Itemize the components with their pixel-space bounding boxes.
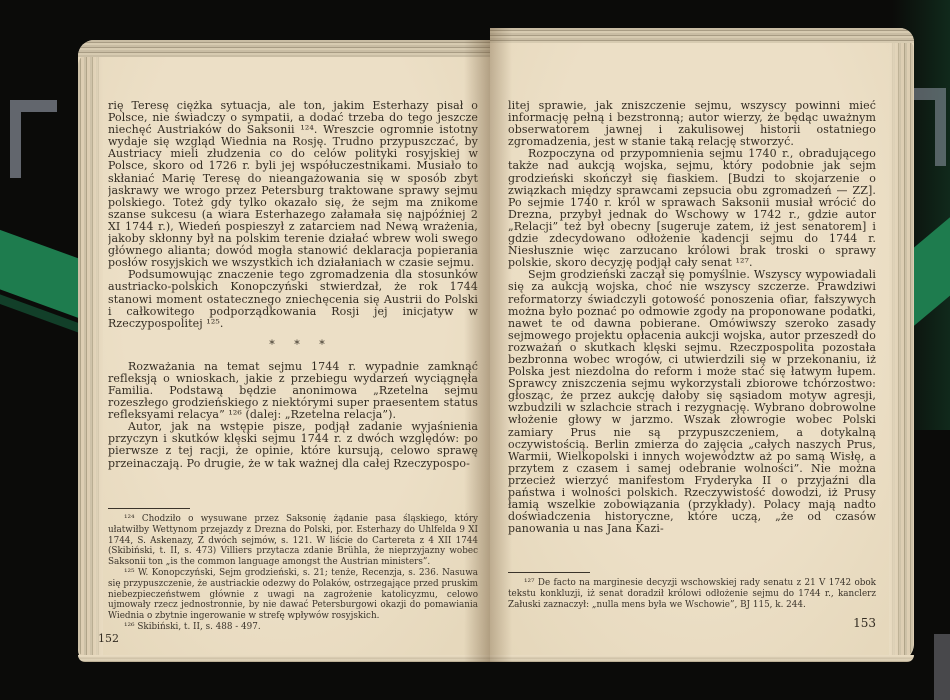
- decor-gray-block-bottom-right: [934, 634, 950, 700]
- footnote-rule: [508, 572, 590, 573]
- footnote-rule: [108, 508, 190, 509]
- left-footnotes: ¹²⁴ Chodziło o wysuwane przez Saksonię ż…: [108, 508, 478, 633]
- desktop-background: rię Teresę ciężka sytuacja, ale ton, jak…: [0, 0, 950, 700]
- paragraph: Sejm grodzieński zaczął się pomyślnie. W…: [508, 269, 876, 535]
- page-number-right: 153: [508, 616, 876, 630]
- paragraph: Podsumowując znaczenie tego zgromadzenia…: [108, 269, 478, 329]
- page-right-top-edge: [490, 28, 914, 43]
- page-right-bottom-edge: [490, 655, 914, 662]
- footnote: ¹²⁴ Chodziło o wysuwane przez Saksonię ż…: [108, 514, 478, 568]
- paragraph: rię Teresę ciężka sytuacja, ale ton, jak…: [108, 100, 478, 269]
- footnote: ¹²⁶ Skibiński, t. II, s. 488 - 497.: [108, 622, 478, 633]
- footnote: ¹²⁷ De facto na marginesie decyzji wscho…: [508, 578, 876, 610]
- page-left-bottom-edge: [78, 655, 490, 662]
- footnote: ¹²⁵ W. Konopczyński, Sejm grodzieński, s…: [108, 568, 478, 622]
- right-text-column: litej sprawie, jak zniszczenie sejmu, ws…: [508, 100, 876, 562]
- paragraph: litej sprawie, jak zniszczenie sejmu, ws…: [508, 100, 876, 148]
- decor-corner-bracket-left: [10, 100, 57, 178]
- right-footnotes: ¹²⁷ De facto na marginesie decyzji wscho…: [508, 572, 876, 610]
- page-number-left: 152: [98, 632, 119, 645]
- paragraph: Autor, jak na wstępie pisze, podjął zada…: [108, 421, 478, 469]
- page-right: litej sprawie, jak zniszczenie sejmu, ws…: [490, 28, 914, 662]
- page-right-fore-edge: [889, 38, 914, 659]
- open-book: rię Teresę ciężka sytuacja, ale ton, jak…: [78, 28, 914, 668]
- section-separator: * * *: [108, 338, 478, 351]
- paragraph: Rozpoczyna od przypomnienia sejmu 1740 r…: [508, 148, 876, 269]
- left-text-column: rię Teresę ciężka sytuacja, ale ton, jak…: [108, 100, 478, 500]
- paragraph: Rozważania na temat sejmu 1744 r. wypadn…: [108, 361, 478, 421]
- page-left: rię Teresę ciężka sytuacja, ale ton, jak…: [78, 40, 490, 662]
- page-left-top-edge: [78, 40, 490, 57]
- page-left-fore-edge: [78, 52, 103, 659]
